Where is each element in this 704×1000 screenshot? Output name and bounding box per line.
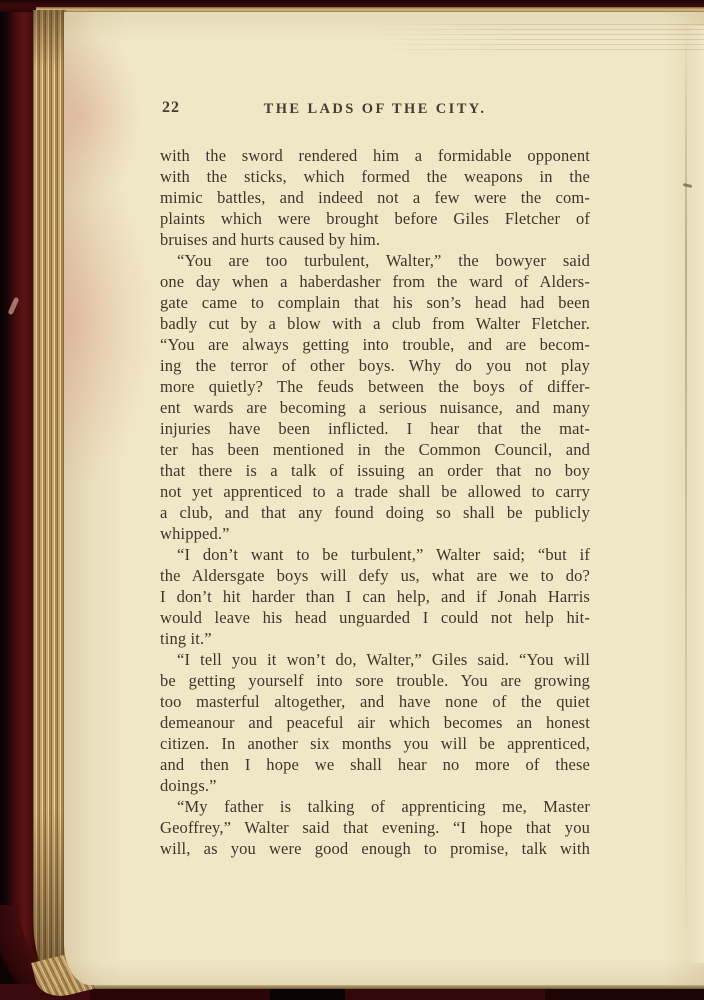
- text-line: with the sticks, which formed the weapon…: [160, 166, 590, 187]
- text-line: too masterful altogether, and have none …: [160, 691, 590, 712]
- text-line: gate came to complain that his son’s hea…: [160, 292, 590, 313]
- scanned-book-photo: 22 THE LADS OF THE CITY. with the sword …: [0, 0, 704, 1000]
- text-line: injuries have been inflicted. I hear tha…: [160, 418, 590, 439]
- text-line: “You are always getting into trouble, an…: [160, 334, 590, 355]
- text-line: and then I hope we shall hear no more of…: [160, 754, 590, 775]
- paragraph: “I don’t want to be turbulent,” Walter s…: [160, 544, 590, 649]
- paragraph: “My father is talking of apprenticing me…: [160, 796, 590, 859]
- paragraph: with the sword rendered him a formidable…: [160, 145, 590, 250]
- text-line: more quietly? The feuds between the boys…: [160, 376, 590, 397]
- running-title: THE LADS OF THE CITY.: [160, 101, 590, 118]
- paragraph: “You are too turbulent, Walter,” the bow…: [160, 250, 590, 544]
- text-line: “I don’t want to be turbulent,” Walter s…: [160, 544, 590, 565]
- text-line: badly cut by a blow with a club from Wal…: [160, 313, 590, 334]
- text-line: the Aldersgate boys will defy us, what a…: [160, 565, 590, 586]
- text-line: not yet apprenticed to a trade shall be …: [160, 481, 590, 502]
- stacked-page-edges: [33, 10, 66, 986]
- text-line: citizen. In another six months you will …: [160, 733, 590, 754]
- text-line: with the sword rendered him a formidable…: [160, 145, 590, 166]
- text-block: with the sword rendered him a formidable…: [160, 145, 590, 859]
- text-line: ter has been mentioned in the Common Cou…: [160, 439, 590, 460]
- text-line: plaints which were brought before Giles …: [160, 208, 590, 229]
- running-header: 22 THE LADS OF THE CITY.: [160, 99, 590, 119]
- text-line: that there is a talk of issuing an order…: [160, 460, 590, 481]
- fore-edge-highlight: [688, 26, 704, 963]
- text-line: mimic battles, and indeed not a few were…: [160, 187, 590, 208]
- text-line: would leave his head unguarded I could n…: [160, 607, 590, 628]
- text-line: be getting yourself into sore trouble. Y…: [160, 670, 590, 691]
- printed-content: 22 THE LADS OF THE CITY. with the sword …: [160, 99, 590, 859]
- text-line: “You are too turbulent, Walter,” the bow…: [160, 250, 590, 271]
- text-line: Geoffrey,” Walter said that evening. “I …: [160, 817, 590, 838]
- text-line: demeanour and peaceful air which becomes…: [160, 712, 590, 733]
- text-line: ing the terror of other boys. Why do you…: [160, 355, 590, 376]
- text-line: bruises and hurts caused by him.: [160, 229, 590, 250]
- text-line: ent wards are becoming a serious nuisanc…: [160, 397, 590, 418]
- text-line: will, as you were good enough to promise…: [160, 838, 590, 859]
- text-line: ting it.”: [160, 628, 590, 649]
- text-line: “My father is talking of apprenticing me…: [160, 796, 590, 817]
- text-line: a club, and that any found doing so shal…: [160, 502, 590, 523]
- text-line: I don’t hit harder than I can help, and …: [160, 586, 590, 607]
- text-line: whipped.”: [160, 523, 590, 544]
- text-line: doings.”: [160, 775, 590, 796]
- text-line: one day when a haberdasher from the ward…: [160, 271, 590, 292]
- text-line: “I tell you it won’t do, Walter,” Giles …: [160, 649, 590, 670]
- top-page-streaks: [374, 24, 704, 54]
- paragraph: “I tell you it won’t do, Walter,” Giles …: [160, 649, 590, 796]
- page-crease: [685, 26, 687, 963]
